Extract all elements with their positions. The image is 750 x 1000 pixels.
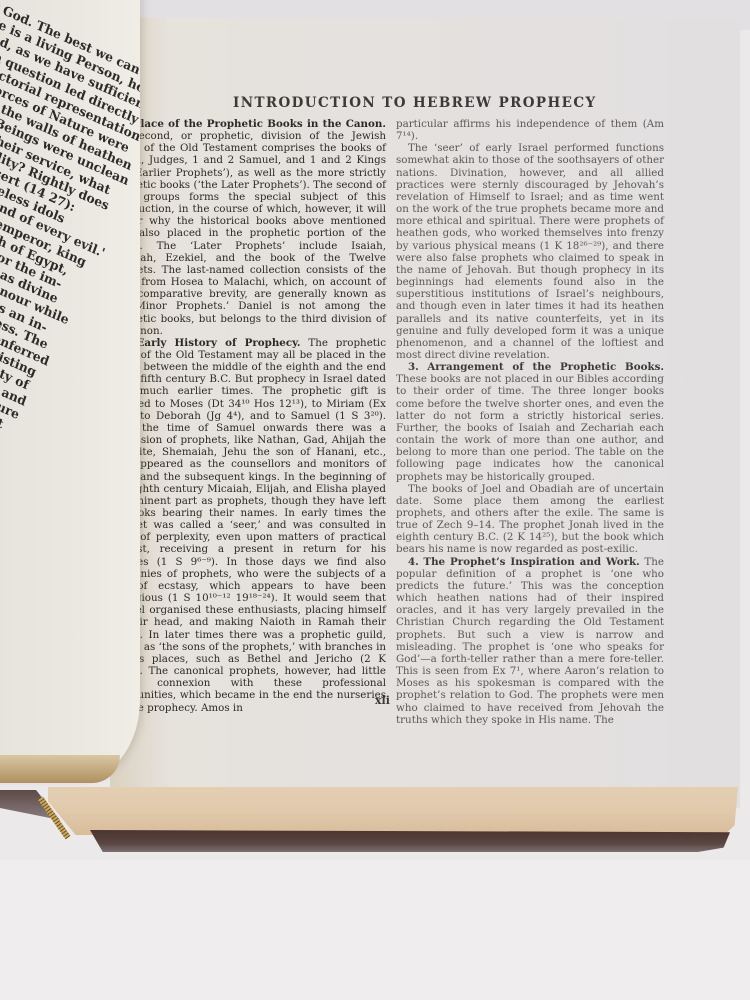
table-surface <box>0 860 750 1000</box>
section-4-heading: The Prophet’s Inspiration and Work. <box>423 556 639 568</box>
page-number: xli <box>375 694 390 707</box>
paragraph-seer: The ‘seer’ of early Israel performed fun… <box>396 142 664 361</box>
section-3-heading: Arrangement of the Prophetic Books. <box>427 361 664 373</box>
section-1: 1. Place of the Prophetic Books in the C… <box>106 118 386 337</box>
section-1-text: The second, or prophetic, division of th… <box>106 130 386 337</box>
section-2: 2. Early History of Prophecy. The prophe… <box>106 337 386 714</box>
left-column: 1. Place of the Prophetic Books in the C… <box>106 118 386 714</box>
right-column: particular affirms his independence of t… <box>396 118 664 726</box>
section-4-number: 4. <box>408 556 419 568</box>
paragraph-joel-obadiah: The books of Joel and Obadiah are of unc… <box>396 483 664 556</box>
section-1-heading: Place of the Prophetic Books in the Cano… <box>133 118 386 130</box>
left-page-curl[interactable]: r God. The best we can learnHe is a livi… <box>0 0 140 780</box>
cover-cloth <box>90 830 730 852</box>
left-page-edge <box>0 755 120 783</box>
paragraph-continuation: particular affirms his independence of t… <box>396 118 664 142</box>
left-page-text: r God. The best we can learnHe is a livi… <box>0 0 140 514</box>
section-4: 4. The Prophet’s Inspiration and Work. T… <box>396 556 664 726</box>
section-3-text: These books are not placed in our Bibles… <box>396 373 664 482</box>
section-2-heading: Early History of Prophecy. <box>137 337 301 349</box>
section-3-number: 3. <box>408 361 419 373</box>
section-4-text: The popular definition of a prophet is ‘… <box>396 556 664 726</box>
page-block-edge <box>48 787 738 835</box>
section-2-text: The prophetic books of the Old Testament… <box>106 337 386 714</box>
running-head: INTRODUCTION TO HEBREW PROPHECY <box>233 95 553 111</box>
section-3: 3. Arrangement of the Prophetic Books. T… <box>396 361 664 483</box>
